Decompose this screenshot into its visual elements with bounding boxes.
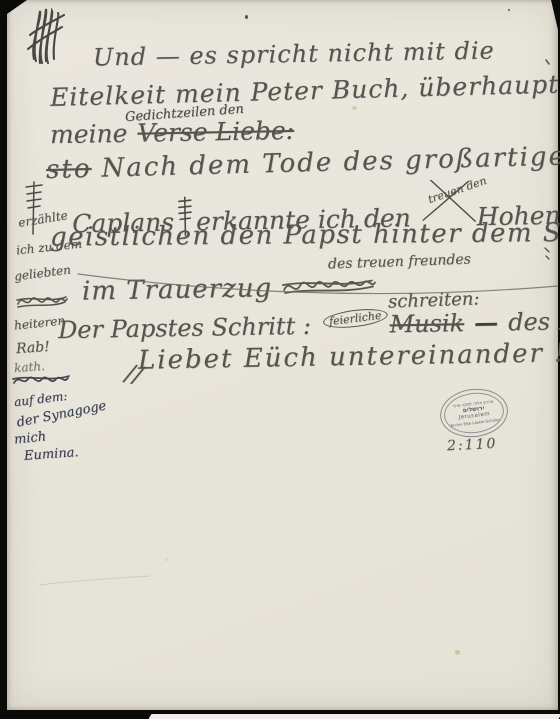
stamp-jerusalem-latin: Jerusalem: [458, 411, 490, 422]
manuscript-line: geistlichen den Papst hinter dem Sarge: [50, 217, 560, 252]
next-page-edge: [149, 714, 560, 719]
line-text: im Trauerzug: [82, 273, 273, 306]
scribble-mark: [26, 5, 72, 65]
struck-text: Verse Liebe:: [137, 116, 294, 148]
stamp-jerusalem-hebrew: ירושלים: [462, 405, 484, 415]
foxing-spot: [352, 106, 357, 110]
caret-insertion: treuen den: [420, 183, 477, 218]
line-text: des Psalms:: [508, 306, 560, 336]
struck-text: Musik: [389, 309, 464, 338]
ink-speck: [245, 15, 248, 19]
stamp-archiv-arc: Archiv Else Lasker-Schüler: [450, 417, 500, 428]
manuscript-line: im Trauerzug: [82, 271, 378, 306]
ink-speck: [508, 9, 510, 11]
struck-text: sto: [46, 154, 92, 185]
margin-note: Rab!: [15, 339, 50, 357]
catalog-number: 2:110: [447, 436, 498, 455]
foxing-spot: [165, 558, 169, 561]
line-text: meine: [50, 119, 128, 149]
manuscript-line: meineVerse Liebe:: [50, 116, 295, 149]
scribbled-word: [12, 372, 70, 388]
line-text: Der Papstes Schritt :: [58, 312, 311, 344]
stamp-hebrew-arc: ארכיון אלזה לסקר-שילר: [452, 399, 494, 409]
circled-insertion: feierliche: [322, 306, 388, 331]
scribbled-word: [16, 292, 68, 310]
scan-background: Und — es spricht nicht mit die Eitelkeit…: [0, 0, 560, 719]
scribbled-word: [282, 274, 377, 298]
foxing-spot: [455, 650, 460, 655]
dash-mark: —: [474, 307, 499, 336]
